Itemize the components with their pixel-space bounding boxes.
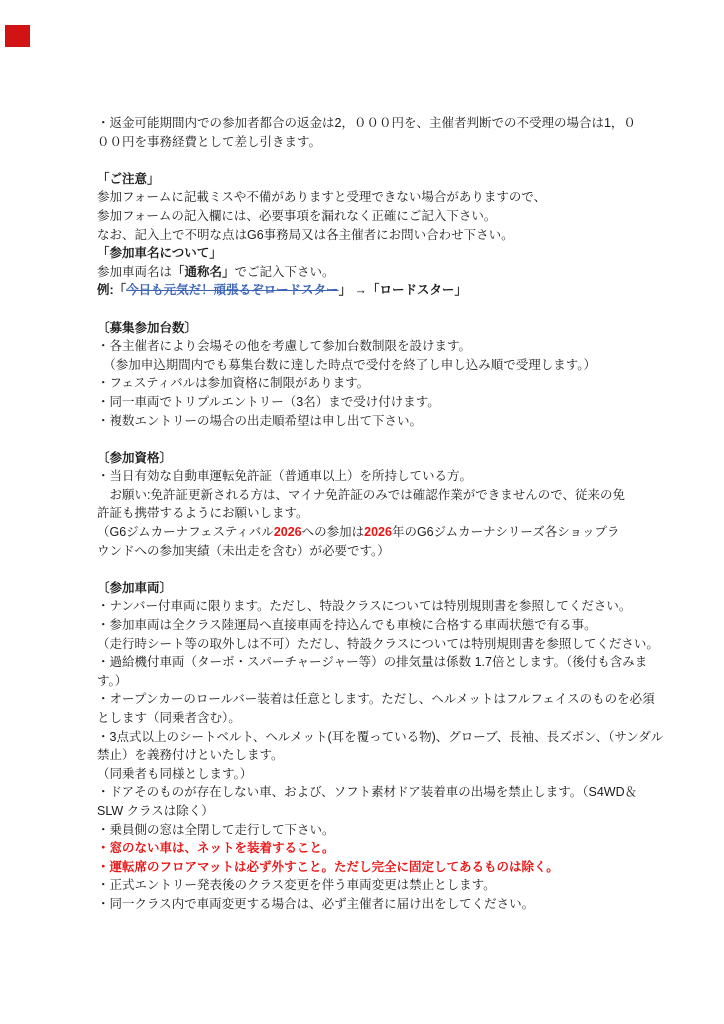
text-segment: ００円を事務経費として差し引きます。 (97, 135, 321, 149)
document-line: す。） (97, 672, 667, 691)
document-page: ・返金可能期間内での参加者都合の返金は2，０００円を、主催者判断での不受理の場合… (0, 0, 724, 1024)
document-line: 例:「今日も元気だ！頑張るぞロードスター」 →「ロードスター」 (97, 281, 667, 300)
document-line: 「ご注意」 (97, 170, 667, 189)
text-segment: （参加申込期間内でも募集台数に達した時点で受付を終了し申し込み順で受理します。） (97, 358, 596, 372)
document-line: 参加フォームに記載ミスや不備がありますと受理できない場合がありますので、 (97, 188, 667, 207)
text-segment: 「ご注意」 (97, 172, 160, 186)
document-line: ・オープンカーのロールバー装着は任意とします。ただし、ヘルメットはフルフェイスの… (97, 690, 667, 709)
text-segment: ・参加車両は全クラス陸運局へ直接車両を持込んでも車検に合格する車両状態で有る事。 (97, 618, 597, 632)
document-line: ・運転席のフロアマットは必ず外すこと。ただし完全に固定してあるものは除く。 (97, 858, 667, 877)
document-line (97, 151, 667, 170)
document-line: 参加車両名は「通称名」でご記入下さい。 (97, 263, 667, 282)
document-line: （走行時シート等の取外しは不可）ただし、特設クラスについては特別規則書を参照して… (97, 635, 667, 654)
text-segment: ・運転席のフロアマットは必ず外すこと。ただし完全に固定してあるものは除く。 (97, 860, 559, 874)
document-line: ００円を事務経費として差し引きます。 (97, 133, 667, 152)
text-segment: ・同一車両でトリプルエントリー（3名）まで受け付けます。 (97, 395, 440, 409)
document-line: ・参加車両は全クラス陸運局へ直接車両を持込んでも車検に合格する車両状態で有る事。 (97, 616, 667, 635)
document-line: ・ナンバー付車両に限ります。ただし、特設クラスについては特別規則書を参照してくだ… (97, 597, 667, 616)
document-line: 〔募集参加台数〕 (97, 319, 667, 338)
text-segment: 参加フォームに記載ミスや不備がありますと受理できない場合がありますので、 (97, 190, 546, 204)
text-segment: ・過給機付車両（ターボ・スパーチャージャー等）の排気量は係数 1.7倍とします。… (97, 655, 647, 669)
text-segment: ・窓のない車は、ネットを装着すること。 (97, 841, 335, 855)
document-line: 参加フォームの記入欄には、必要事項を漏れなく正確にご記入下さい。 (97, 207, 667, 226)
text-segment: 「通称名」 (172, 265, 235, 279)
document-line: ・当日有効な自動車運転免許証（普通車以上）を所持している方。 (97, 467, 667, 486)
text-segment: 許証も携帯するようにお願いします。 (97, 506, 309, 520)
text-segment: ・当日有効な自動車運転免許証（普通車以上）を所持している方。 (97, 469, 472, 483)
text-segment: （同乗者も同様とします。） (97, 767, 252, 781)
text-segment: でご記入下さい。 (235, 265, 335, 279)
text-segment: 今日も元気だ！頑張るぞロードスター (126, 283, 338, 297)
text-segment: SLW クラスは除く） (97, 804, 214, 818)
text-segment: 例:「 (97, 283, 126, 297)
text-segment: ・複数エントリーの場合の出走順希望は申し出て下さい。 (97, 414, 422, 428)
text-segment: 」 →「ロードスター」 (339, 283, 467, 297)
document-line: ・ドアそのものが存在しない車、および、ソフト素材ドア装着車の出場を禁止します。（… (97, 783, 667, 802)
document-content: ・返金可能期間内での参加者都合の返金は2，０００円を、主催者判断での不受理の場合… (97, 114, 667, 914)
text-segment: 〔募集参加台数〕 (97, 321, 197, 335)
text-segment: 〔参加資格〕 (97, 451, 172, 465)
document-line: ・複数エントリーの場合の出走順希望は申し出て下さい。 (97, 412, 667, 431)
text-segment: 「参加車名について」 (97, 246, 222, 260)
text-segment: ・乗員側の窓は全閉して走行して下さい。 (97, 823, 335, 837)
text-segment: 2026 (364, 525, 392, 539)
text-segment: とします（同乗者含む）。 (97, 711, 241, 725)
document-line: ・同一車両でトリプルエントリー（3名）まで受け付けます。 (97, 393, 667, 412)
text-segment: ・正式エントリー発表後のクラス変更を伴う車両変更は禁止とします。 (97, 878, 496, 892)
document-line: ・各主催者により会場その他を考慮して参加台数制限を設けます。 (97, 337, 667, 356)
text-segment: ・ドアそのものが存在しない車、および、ソフト素材ドア装着車の出場を禁止します。（… (97, 785, 637, 799)
document-line: 禁止）を義務付けといたします。 (97, 746, 667, 765)
document-line: （同乗者も同様とします。） (97, 765, 667, 784)
text-segment: ウンドへの参加実績（未出走を含む）が必要です。） (97, 544, 390, 558)
document-line: ・過給機付車両（ターボ・スパーチャージャー等）の排気量は係数 1.7倍とします。… (97, 653, 667, 672)
document-line: 「参加車名について」 (97, 244, 667, 263)
text-segment: す。） (97, 674, 127, 688)
text-segment: お願い:免許証更新される方は、マイナ免許証のみでは確認作業ができませんので、従来… (97, 488, 625, 502)
text-segment: ・フェスティバルは参加資格に制限があります。 (97, 376, 369, 390)
document-line: 〔参加車両〕 (97, 579, 667, 598)
document-line: （参加申込期間内でも募集台数に達した時点で受付を終了し申し込み順で受理します。） (97, 356, 667, 375)
text-segment: 年のG6ジムカーナシリーズ各ショップラ (392, 525, 620, 539)
text-segment: （G6ジムカーナフェスティバル (97, 525, 274, 539)
document-line: とします（同乗者含む）。 (97, 709, 667, 728)
text-segment: ・各主催者により会場その他を考慮して参加台数制限を設けます。 (97, 339, 471, 353)
text-segment: （走行時シート等の取外しは不可）ただし、特設クラスについては特別規則書を参照して… (97, 637, 659, 651)
document-line: SLW クラスは除く） (97, 802, 667, 821)
text-segment: ・同一クラス内で車両変更する場合は、必ず主催者に届け出をしてください。 (97, 897, 534, 911)
document-line: ・窓のない車は、ネットを装着すること。 (97, 839, 667, 858)
text-segment: 参加フォームの記入欄には、必要事項を漏れなく正確にご記入下さい。 (97, 209, 496, 223)
red-corner-mark (5, 25, 30, 47)
text-segment: ・返金可能期間内での参加者都合の返金は2，０００円を、主催者判断での不受理の場合… (97, 116, 636, 130)
text-segment: ・3点式以上のシートベルト、ヘルメット(耳を覆っている物)、グローブ、長袖、長ズ… (97, 730, 663, 744)
text-segment: 参加車両名は (97, 265, 172, 279)
text-segment: 禁止）を義務付けといたします。 (97, 748, 284, 762)
document-line: なお、記入上で不明な点はG6事務局又は各主催者にお問い合わせ下さい。 (97, 226, 667, 245)
text-segment: への参加は (302, 525, 365, 539)
document-line: お願い:免許証更新される方は、マイナ免許証のみでは確認作業ができませんので、従来… (97, 486, 667, 505)
text-segment: 〔参加車両〕 (97, 581, 172, 595)
text-segment: ・オープンカーのロールバー装着は任意とします。ただし、ヘルメットはフルフェイスの… (97, 692, 655, 706)
text-segment: 2026 (274, 525, 302, 539)
document-line: ・返金可能期間内での参加者都合の返金は2，０００円を、主催者判断での不受理の場合… (97, 114, 667, 133)
document-line: ウンドへの参加実績（未出走を含む）が必要です。） (97, 542, 667, 561)
document-line: 〔参加資格〕 (97, 449, 667, 468)
document-line (97, 300, 667, 319)
text-segment: なお、記入上で不明な点はG6事務局又は各主催者にお問い合わせ下さい。 (97, 228, 514, 242)
document-line: 許証も携帯するようにお願いします。 (97, 504, 667, 523)
document-line: ・3点式以上のシートベルト、ヘルメット(耳を覆っている物)、グローブ、長袖、長ズ… (97, 728, 667, 747)
document-line: （G6ジムカーナフェスティバル2026への参加は2026年のG6ジムカーナシリー… (97, 523, 667, 542)
document-line: ・正式エントリー発表後のクラス変更を伴う車両変更は禁止とします。 (97, 876, 667, 895)
document-line (97, 560, 667, 579)
document-line: ・乗員側の窓は全閉して走行して下さい。 (97, 821, 667, 840)
document-line: ・同一クラス内で車両変更する場合は、必ず主催者に届け出をしてください。 (97, 895, 667, 914)
document-line: ・フェスティバルは参加資格に制限があります。 (97, 374, 667, 393)
text-segment: ・ナンバー付車両に限ります。ただし、特設クラスについては特別規則書を参照してくだ… (97, 599, 631, 613)
document-line (97, 430, 667, 449)
